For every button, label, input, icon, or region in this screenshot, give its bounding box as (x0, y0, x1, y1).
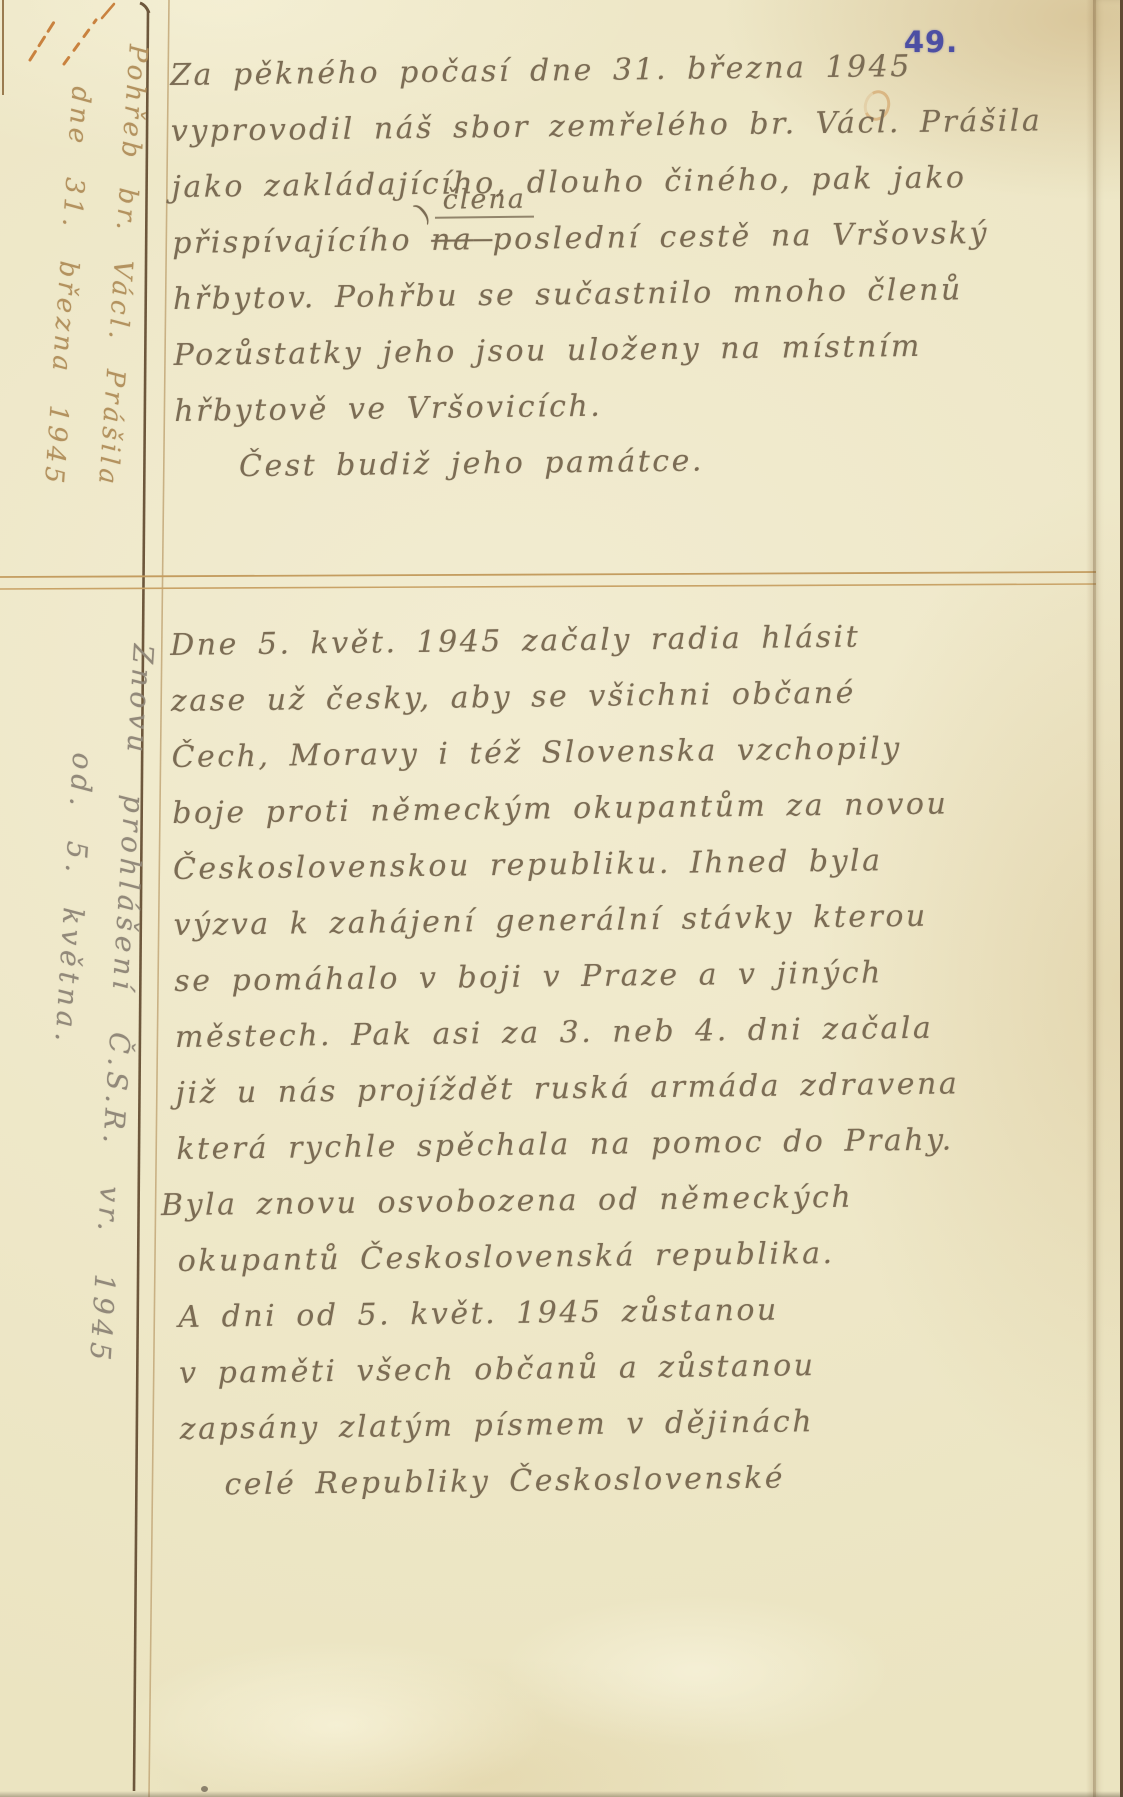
handwriting-line: A dni od 5. květ. 1945 zůstanou (178, 1290, 962, 1356)
handwriting-line: zase už česky, aby se všichni občané (171, 674, 955, 740)
inserted-word: člena (434, 184, 534, 219)
handwriting-line: Československou republiku. Ihned byla (173, 842, 957, 908)
handwriting-line: se pomáhalo v boji v Praze a v jiných (174, 954, 958, 1020)
handwriting-line: zapsány zlatým písmem v dějinách (180, 1402, 964, 1468)
margin-note-proclamation: Znovu prohlášení Č.S.R. vr. 1945 od. 5. … (0, 638, 160, 1433)
handwriting-line: Čech, Moravy i též Slovenska vzchopily (171, 730, 955, 796)
entry-funeral: Za pěkného počasí dne 31. března 1945 vy… (170, 47, 1047, 506)
struck-word: ) člena na (431, 222, 493, 258)
handwriting-line: boje proti německým okupantům za novou (172, 786, 956, 852)
book-pages-edge (1093, 0, 1123, 1797)
handwriting-line: již u nás projíždět ruská armáda zdraven… (175, 1066, 959, 1132)
handwriting-line: městech. Pak asi za 3. neb 4. dni začala (175, 1010, 959, 1076)
struck-word-text: na (431, 222, 474, 258)
chronicle-scan-page: 49. Pohřeb br. Václ. Prášila dne 31. bře… (0, 0, 1123, 1797)
handwriting-line: která rychle spěchala na pomoc do Prahy. (176, 1122, 960, 1188)
margin-rule-faint-line (149, 0, 169, 1797)
scan-bottom-edge (0, 1791, 1123, 1797)
section-divider-top-line (0, 572, 1096, 577)
handwriting-line: Čest budiž jeho památce. (239, 439, 1047, 505)
handwriting-line: Dne 5. květ. 1945 začaly radia hlásit (170, 618, 954, 684)
correction-before-text: přispívajícího (172, 223, 412, 261)
entry-liberation: Dne 5. květ. 1945 začaly radia hlásit za… (170, 618, 964, 1524)
correction-after-text: poslední cestě na Vršovský (492, 216, 989, 257)
handwriting-line: okupantů Československá republika. (178, 1234, 962, 1300)
handwriting-line: Byla znovu osvobozena od německých (161, 1178, 961, 1244)
handwriting-line: v paměti všech občanů a zůstanou (179, 1346, 963, 1412)
margin-rule-hook (140, 3, 149, 13)
section-divider-bottom-line (0, 584, 1096, 589)
scratch-mark (102, 4, 114, 18)
margin-note-funeral: Pohřeb br. Václ. Prášila dne 31. března … (7, 38, 153, 531)
handwriting-line: celé Republiky Československé (224, 1458, 964, 1523)
handwriting-line: výzva k zahájení generální stávky kterou (173, 898, 957, 964)
